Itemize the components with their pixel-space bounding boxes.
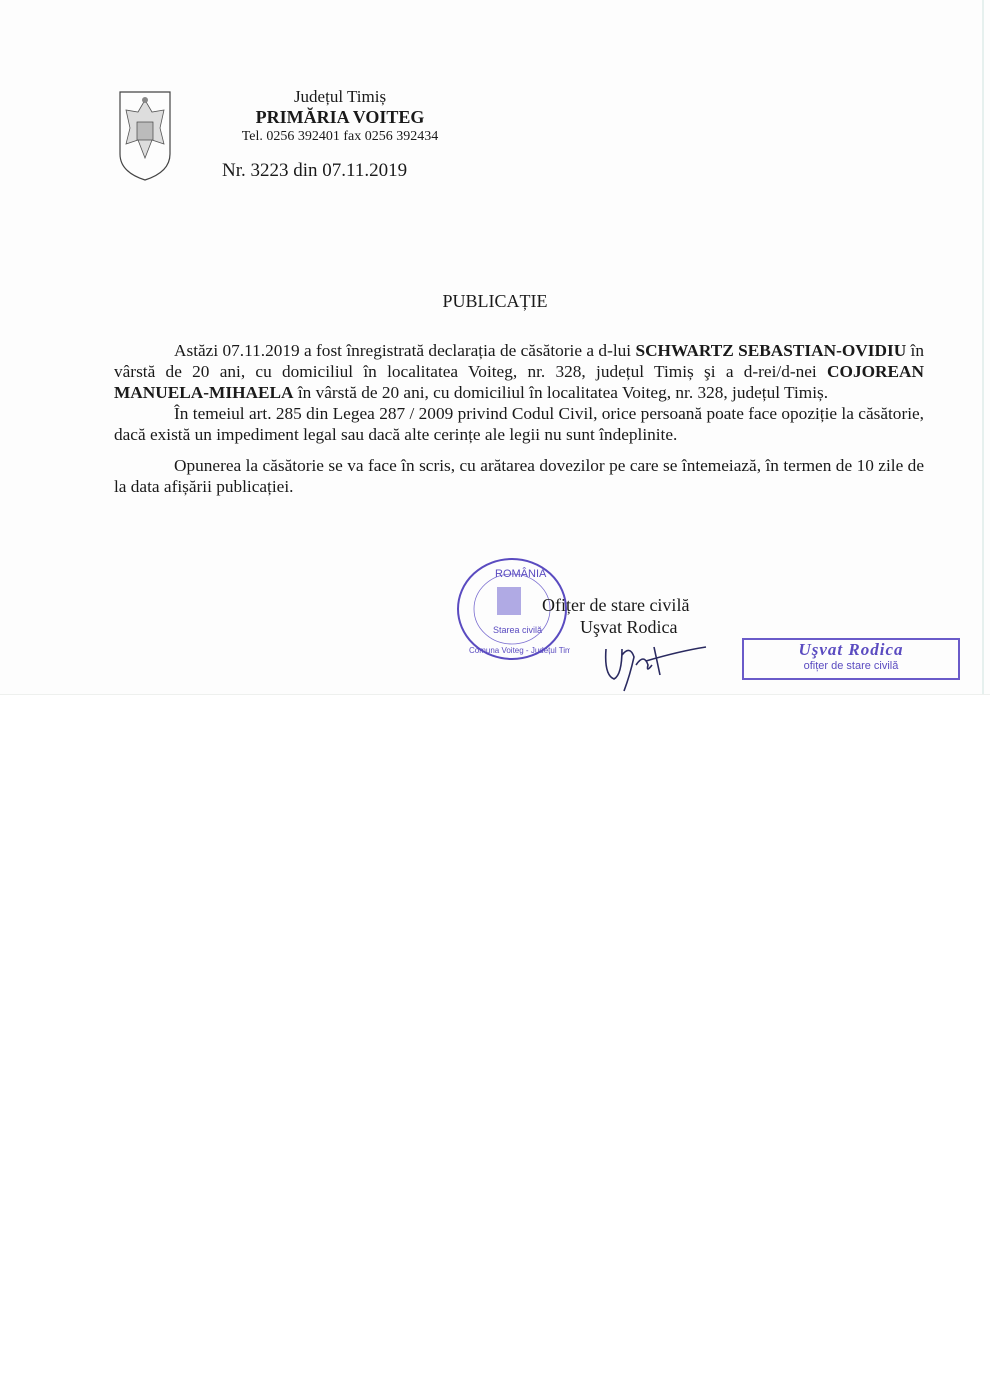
text: în vârstă de 20 ani, cu domiciliul în lo…: [294, 383, 829, 402]
letterhead: Județul Timiș PRIMĂRIA VOITEG Tel. 0256 …: [190, 86, 490, 146]
document-title: PUBLICAȚIE: [0, 291, 990, 312]
scan-edge: [982, 0, 984, 694]
county-name: Județul Timiș: [190, 86, 490, 107]
paragraph-legal-basis: În temeiul art. 285 din Legea 287 / 2009…: [114, 403, 924, 445]
coat-of-arms-icon: [118, 88, 172, 182]
paragraph-declaration: Astăzi 07.11.2019 a fost înregistrată de…: [114, 340, 924, 403]
stamp-name: Uşvat Rodica: [744, 640, 958, 660]
office-name: PRIMĂRIA VOITEG: [190, 107, 490, 128]
contact-line: Tel. 0256 392401 fax 0256 392434: [190, 128, 490, 146]
groom-name: SCHWARTZ SEBASTIAN-OVIDIU: [635, 341, 906, 360]
rectangular-stamp: Uşvat Rodica ofițer de stare civilă: [742, 638, 960, 680]
paragraph-opposition: Opunerea la căsătorie se va face în scri…: [114, 455, 924, 497]
registration-number: Nr. 3223 din 07.11.2019: [222, 160, 407, 182]
document-body: Astăzi 07.11.2019 a fost înregistrată de…: [114, 340, 924, 497]
svg-text:Starea civilă: Starea civilă: [493, 625, 542, 635]
stamp-role: ofițer de stare civilă: [744, 660, 958, 672]
svg-text:ROMÂNIA: ROMÂNIA: [495, 567, 547, 580]
svg-text:Comuna Voiteg - Județul Timiș: Comuna Voiteg - Județul Timiș: [469, 646, 570, 655]
handwritten-signature-icon: [600, 635, 710, 695]
signatory-role: Ofițer de stare civilă: [542, 594, 689, 616]
text: Astăzi 07.11.2019 a fost înregistrată de…: [174, 341, 635, 360]
signature-block: Ofițer de stare civilă Uşvat Rodica: [542, 594, 689, 638]
